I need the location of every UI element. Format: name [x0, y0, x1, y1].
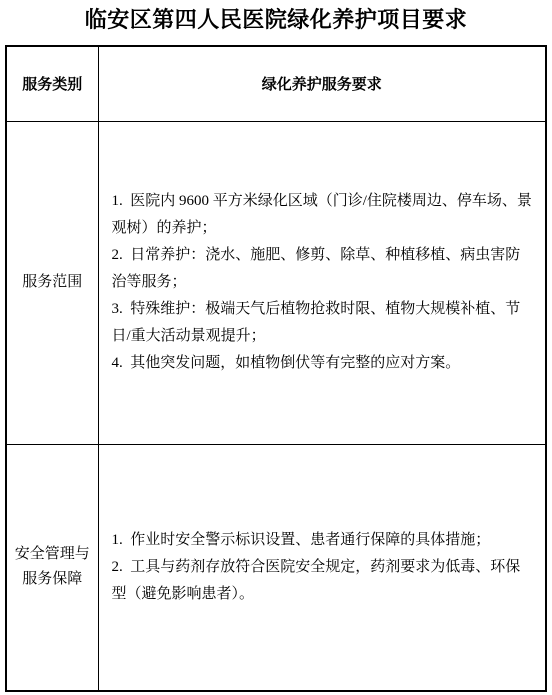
- requirement-item: 3. 特殊维护：极端天气后植物抢救时限、植物大规模补植、节日/重大活动景观提升；: [112, 296, 536, 350]
- table-row-safety-management: 安全管理与服务保障 1. 作业时安全警示标识设置、患者通行保障的具体措施； 2.…: [6, 444, 546, 691]
- table-row-service-scope: 服务范围 1. 医院内 9600 平方米绿化区域（门诊/住院楼周边、停车场、景观…: [6, 121, 546, 444]
- column-header-requirements: 绿化养护服务要求: [98, 46, 546, 121]
- requirement-item: 2. 工具与药剂存放符合医院安全规定，药剂要求为低毒、环保型（避免影响患者）。: [112, 554, 536, 608]
- category-label-service-scope: 服务范围: [6, 121, 98, 444]
- category-label-safety-management: 安全管理与服务保障: [6, 444, 98, 691]
- page-title: 临安区第四人民医院绿化养护项目要求: [0, 3, 552, 34]
- requirements-cell-service-scope: 1. 医院内 9600 平方米绿化区域（门诊/住院楼周边、停车场、景观树）的养护…: [98, 121, 546, 444]
- requirements-table: 服务类别 绿化养护服务要求 服务范围 1. 医院内 9600 平方米绿化区域（门…: [5, 45, 547, 692]
- document-page: 临安区第四人民医院绿化养护项目要求 服务类别 绿化养护服务要求 服务范围 1. …: [0, 0, 552, 695]
- requirement-item: 1. 医院内 9600 平方米绿化区域（门诊/住院楼周边、停车场、景观树）的养护…: [112, 188, 536, 242]
- table-header-row: 服务类别 绿化养护服务要求: [6, 46, 546, 121]
- requirement-item: 4. 其他突发问题，如植物倒伏等有完整的应对方案。: [112, 350, 536, 377]
- column-header-category: 服务类别: [6, 46, 98, 121]
- requirements-cell-safety-management: 1. 作业时安全警示标识设置、患者通行保障的具体措施； 2. 工具与药剂存放符合…: [98, 444, 546, 691]
- requirement-item: 1. 作业时安全警示标识设置、患者通行保障的具体措施；: [112, 527, 536, 554]
- requirement-item: 2. 日常养护：浇水、施肥、修剪、除草、种植移植、病虫害防治等服务；: [112, 242, 536, 296]
